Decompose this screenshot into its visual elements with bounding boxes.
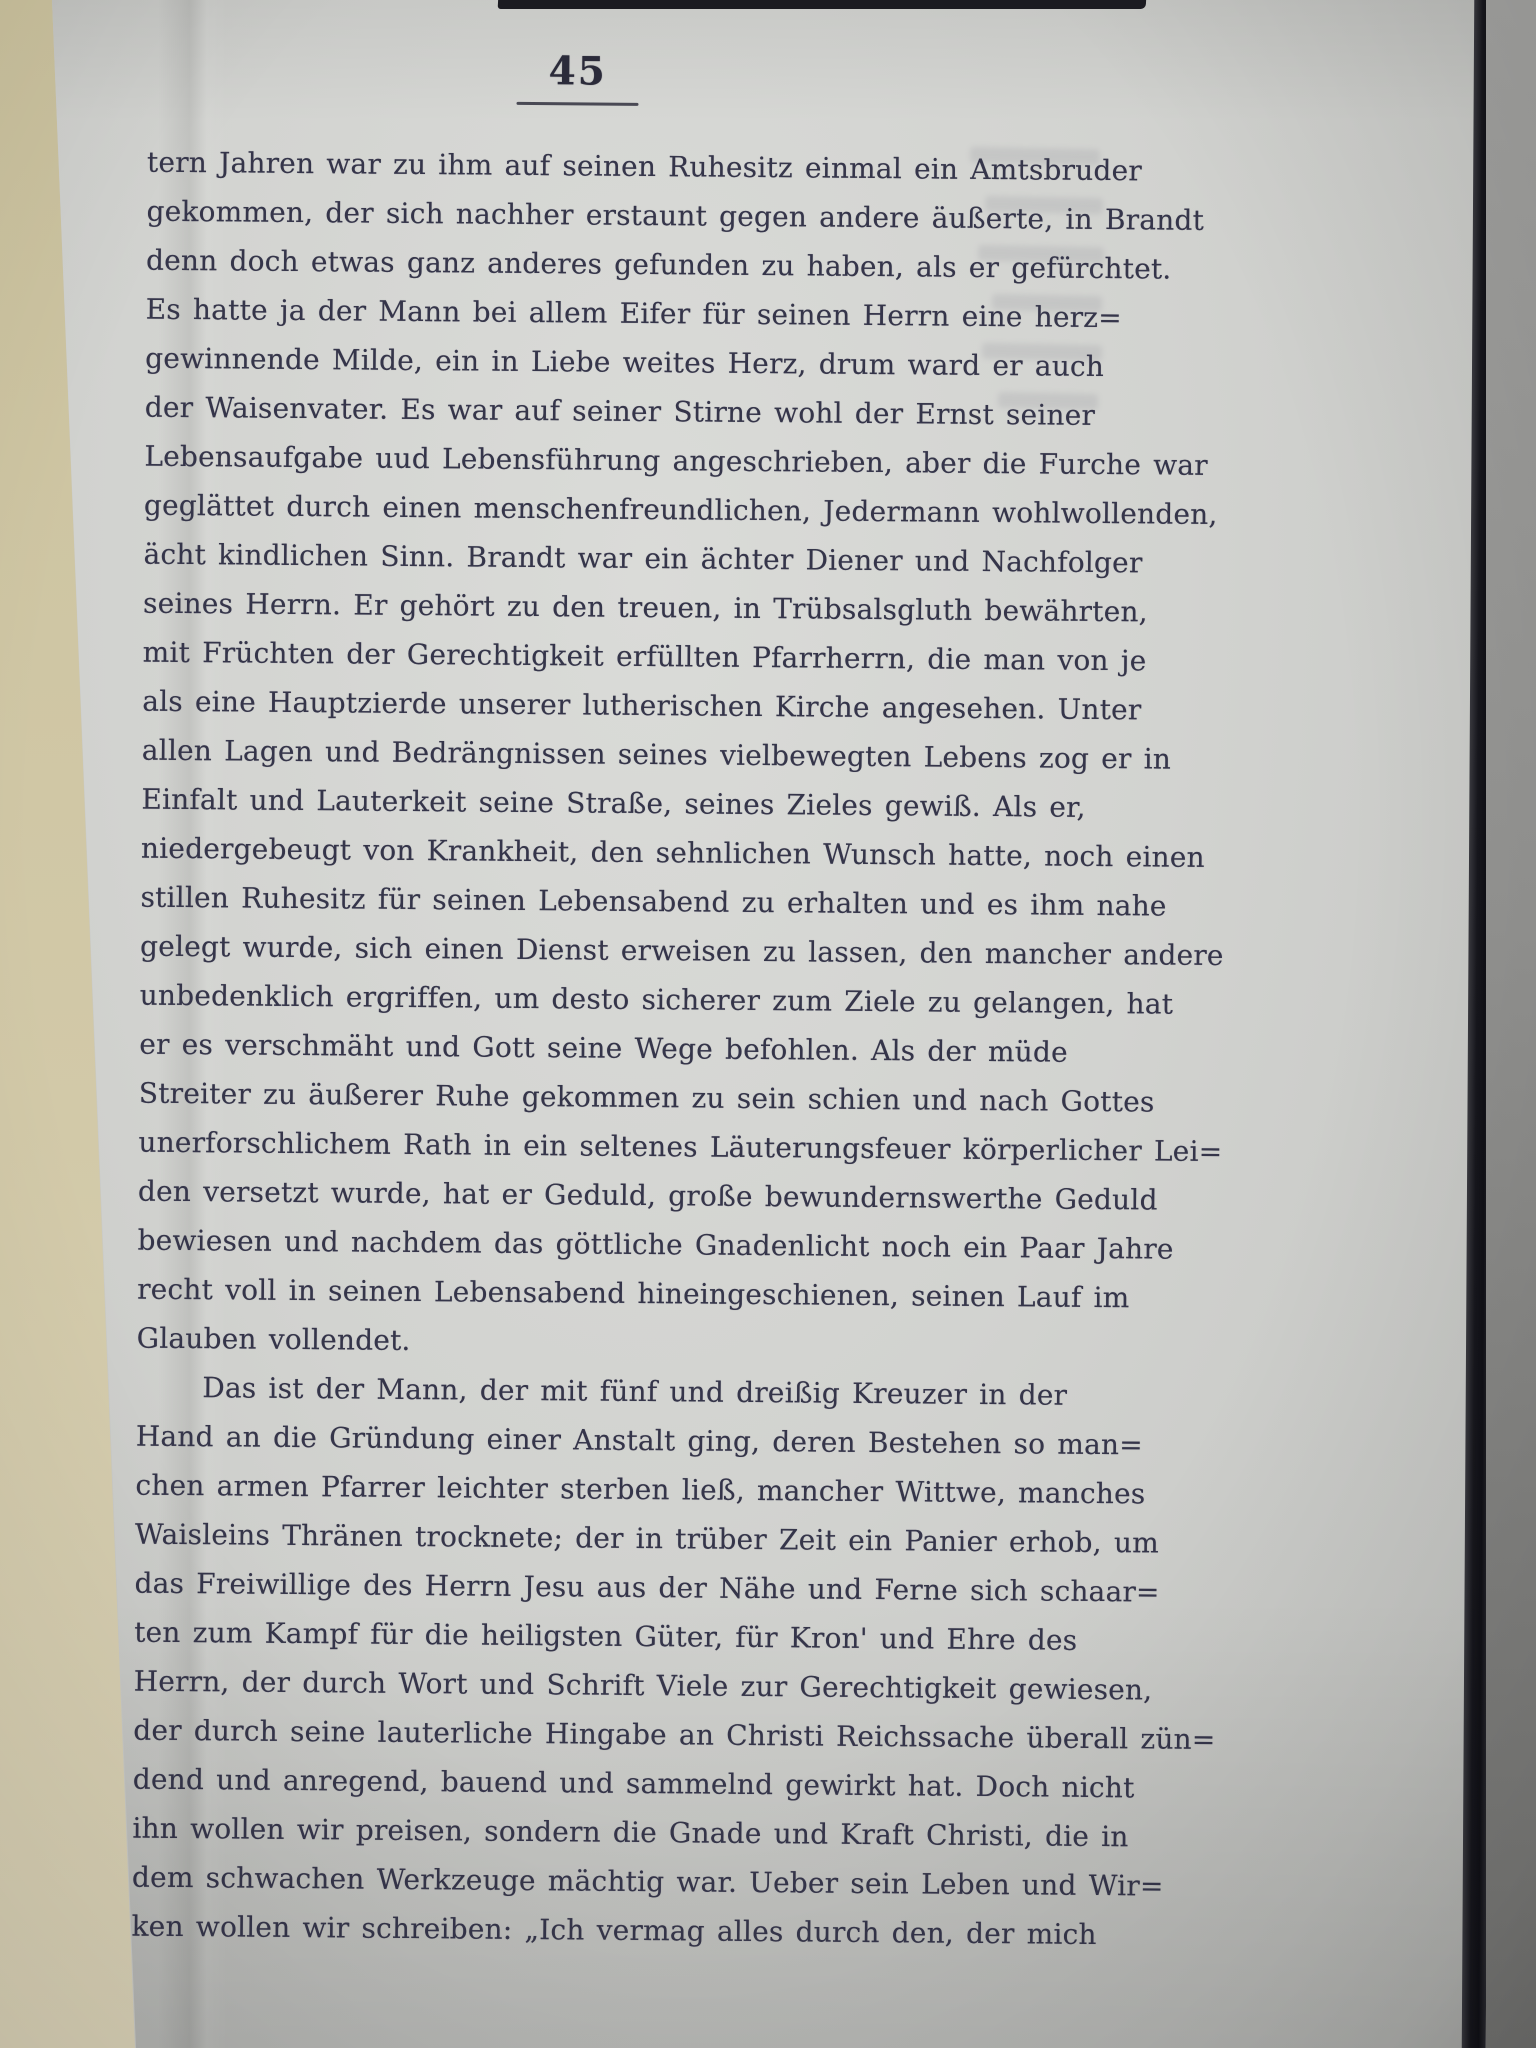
text-line: Waisleins Thränen trocknete; der in trüb… [135,1510,995,1567]
page-number-underline [516,102,638,106]
text-line: gelegt wurde, sich einen Dienst erweisen… [140,922,1000,979]
text-line: er es verschmäht und Gott seine Wege bef… [139,1020,999,1077]
text-line: unerforschlichem Rath in ein seltenes Lä… [138,1118,998,1175]
text-line: der durch seine lauterliche Hingabe an C… [133,1706,993,1763]
text-line: gekommen, der sich nachher erstaunt gege… [146,187,1006,244]
page-number: 45 [148,45,1008,99]
printed-content: 45 tern Jahren war zu ihm auf seinen Ruh… [131,45,1008,1958]
text-line: gewinnende Milde, ein in Liebe weites He… [145,334,1005,391]
text-line: Glauben vollendet. [137,1314,997,1371]
text-line: ihn wollen wir preisen, sondern die Gnad… [132,1804,992,1861]
text-line: Das ist der Mann, der mit fünf und dreiß… [136,1363,996,1420]
text-line: Hand an die Gründung einer Anstalt ging,… [136,1412,996,1469]
text-line: Streiter zu äußerer Ruhe gekommen zu sei… [139,1069,999,1126]
text-line: Lebensaufgabe uud Lebensführung angeschr… [144,432,1004,489]
scanned-book-photo: 45 tern Jahren war zu ihm auf seinen Ruh… [0,0,1536,2048]
page-header: 45 [148,45,1008,110]
paragraph-2: Das ist der Mann, der mit fünf und dreiß… [131,1363,996,1958]
text-line: ken wollen wir schreiben: „Ich vermag al… [131,1902,991,1959]
text-line: als eine Hauptzierde unserer lutherische… [142,677,1002,734]
adjacent-page-edge [1486,0,1536,2048]
text-line: seines Herrn. Er gehört zu den treuen, i… [143,579,1003,636]
text-line: dend und anregend, bauend und sammelnd g… [133,1755,993,1812]
text-column: tern Jahren war zu ihm auf seinen Ruhesi… [131,138,1007,1958]
text-line: der Waisenvater. Es war auf seiner Stirn… [145,383,1005,440]
text-line: geglättet durch einen menschenfreundlich… [144,481,1004,538]
text-line: unbedenklich ergriffen, um desto sichere… [139,971,999,1028]
text-line: Einfalt und Lauterkeit seine Straße, sei… [141,775,1001,832]
text-line: ächt kindlichen Sinn. Brandt war ein äch… [143,530,1003,587]
text-line: niedergebeugt von Krankheit, den sehnlic… [141,824,1001,881]
text-line: tern Jahren war zu ihm auf seinen Ruhesi… [147,138,1007,195]
book-page: 45 tern Jahren war zu ihm auf seinen Ruh… [40,0,1482,2048]
text-line: recht voll in seinen Lebensabend hineing… [137,1265,997,1322]
text-line: stillen Ruhesitz für seinen Lebensabend … [140,873,1000,930]
text-line: bewiesen und nachdem das göttliche Gnade… [137,1216,997,1273]
top-dark-strip [498,0,1147,9]
text-line: ten zum Kampf für die heiligsten Güter, … [134,1608,994,1665]
text-line: chen armen Pfarrer leichter sterben ließ… [135,1461,995,1518]
text-line: den versetzt wurde, hat er Geduld, große… [138,1167,998,1224]
text-line: Herrn, der durch Wort und Schrift Viele … [134,1657,994,1714]
paragraph-1: tern Jahren war zu ihm auf seinen Ruhesi… [137,138,1008,1370]
text-line: allen Lagen und Bedrängnissen seines vie… [142,726,1002,783]
text-line: denn doch etwas ganz anderes gefunden zu… [146,236,1006,293]
text-line: Es hatte ja der Mann bei allem Eifer für… [145,285,1005,342]
text-line: dem schwachen Werkzeuge mächtig war. Ueb… [132,1853,992,1910]
text-line: mit Früchten der Gerechtigkeit erfüllten… [142,628,1002,685]
text-line: das Freiwillige des Herrn Jesu aus der N… [134,1559,994,1616]
